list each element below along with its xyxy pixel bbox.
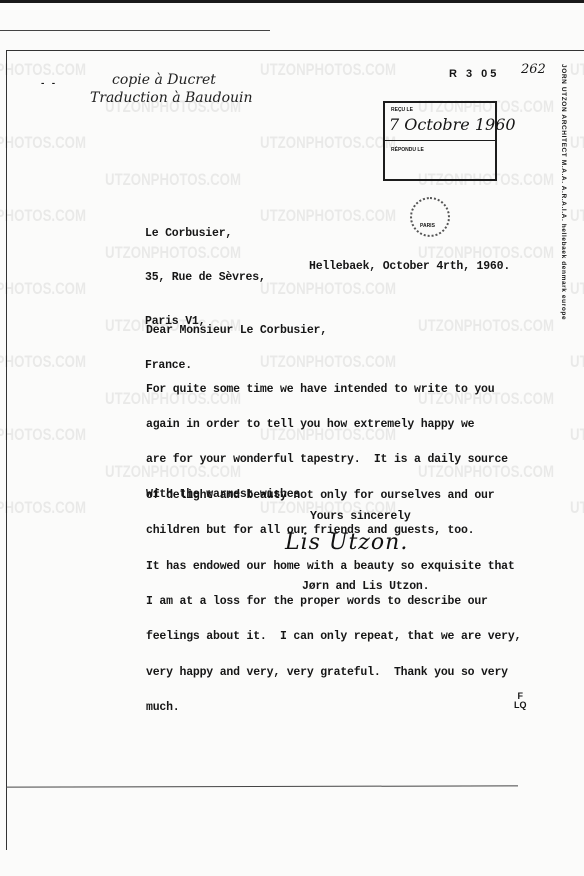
- margin-dashes: - -: [40, 79, 56, 89]
- received-stamp: REÇU LE 7 Octobre 1960 RÉPONDU LE: [383, 101, 497, 181]
- postmark-text: PARIS: [420, 223, 435, 229]
- watermark-text: UTZONPHOTOS.COM: [0, 279, 86, 299]
- body-line: again in order to tell you how extremely…: [146, 419, 521, 431]
- body-line: are for your wonderful tapestry. It is a…: [146, 454, 521, 466]
- watermark-text: UTZONPHOTOS.COM: [260, 133, 396, 153]
- watermark-text: UTZONPHOTOS.COM: [0, 498, 86, 518]
- body-line: very happy and very, very grateful. Than…: [146, 667, 521, 679]
- address-line: 35, Rue de Sèvres,: [145, 271, 266, 286]
- body-line: much.: [146, 702, 521, 714]
- place-date: Hellebaek, October 4rth, 1960.: [309, 260, 510, 275]
- reference-handwritten: 262: [521, 62, 546, 77]
- received-date: 7 Octobre 1960: [389, 115, 516, 134]
- stamp-divider: [385, 140, 495, 141]
- handwritten-note-translation: Traduction à Baudouin: [90, 90, 253, 106]
- watermark-text: UTZONPHOTOS.COM: [570, 60, 584, 80]
- body-line: feelings about it. I can only repeat, th…: [146, 631, 521, 643]
- reference-number: R 3 05: [449, 68, 499, 80]
- body-line: I am at a loss for the proper words to d…: [146, 596, 521, 608]
- page-left-edge: [6, 50, 7, 850]
- letterhead-vertical: JORN UTZON ARCHITECT M.A.A. A.R.A.I.A. h…: [560, 64, 567, 320]
- received-label: REÇU LE: [391, 107, 413, 113]
- watermark-text: UTZONPHOTOS.COM: [570, 498, 584, 518]
- typist-initials: F LQ: [514, 692, 527, 710]
- watermark-text: UTZONPHOTOS.COM: [0, 60, 86, 80]
- watermark-text: UTZONPHOTOS.COM: [0, 425, 86, 445]
- watermark-text: UTZONPHOTOS.COM: [0, 206, 86, 226]
- initials-bottom: LQ: [514, 701, 527, 710]
- salutation: Dear Monsieur Le Corbusier,: [146, 324, 327, 339]
- signature: Lis Utzon.: [285, 530, 408, 555]
- closing-wishes: With the warmest wishes: [146, 488, 300, 503]
- watermark-text: UTZONPHOTOS.COM: [570, 425, 584, 445]
- watermark-text: UTZONPHOTOS.COM: [570, 133, 584, 153]
- page-top-edge: [6, 50, 584, 51]
- watermark-text: UTZONPHOTOS.COM: [260, 206, 396, 226]
- body-line: For quite some time we have intended to …: [146, 384, 521, 396]
- watermark-text: UTZONPHOTOS.COM: [0, 352, 86, 372]
- postmark-stamp: PARIS: [410, 197, 450, 237]
- replied-label: RÉPONDU LE: [391, 147, 424, 153]
- address-line: Le Corbusier,: [145, 227, 266, 242]
- watermark-text: UTZONPHOTOS.COM: [105, 170, 241, 190]
- scan-line: [0, 30, 270, 31]
- signatories: Jørn and Lis Utzon.: [302, 580, 429, 595]
- scan-top-edge: [0, 0, 584, 3]
- watermark-text: UTZONPHOTOS.COM: [260, 279, 396, 299]
- watermark-text: UTZONPHOTOS.COM: [260, 60, 396, 80]
- watermark-text: UTZONPHOTOS.COM: [570, 352, 584, 372]
- closing: Yours sincerely: [310, 510, 411, 525]
- watermark-text: UTZONPHOTOS.COM: [418, 316, 554, 336]
- body-line: It has endowed our home with a beauty so…: [146, 561, 521, 573]
- watermark-text: UTZONPHOTOS.COM: [570, 279, 584, 299]
- watermark-text: UTZONPHOTOS.COM: [570, 206, 584, 226]
- watermark-text: UTZONPHOTOS.COM: [0, 133, 86, 153]
- page-fold-line: [6, 785, 518, 787]
- handwritten-note-copy: copie à Ducret: [112, 72, 216, 88]
